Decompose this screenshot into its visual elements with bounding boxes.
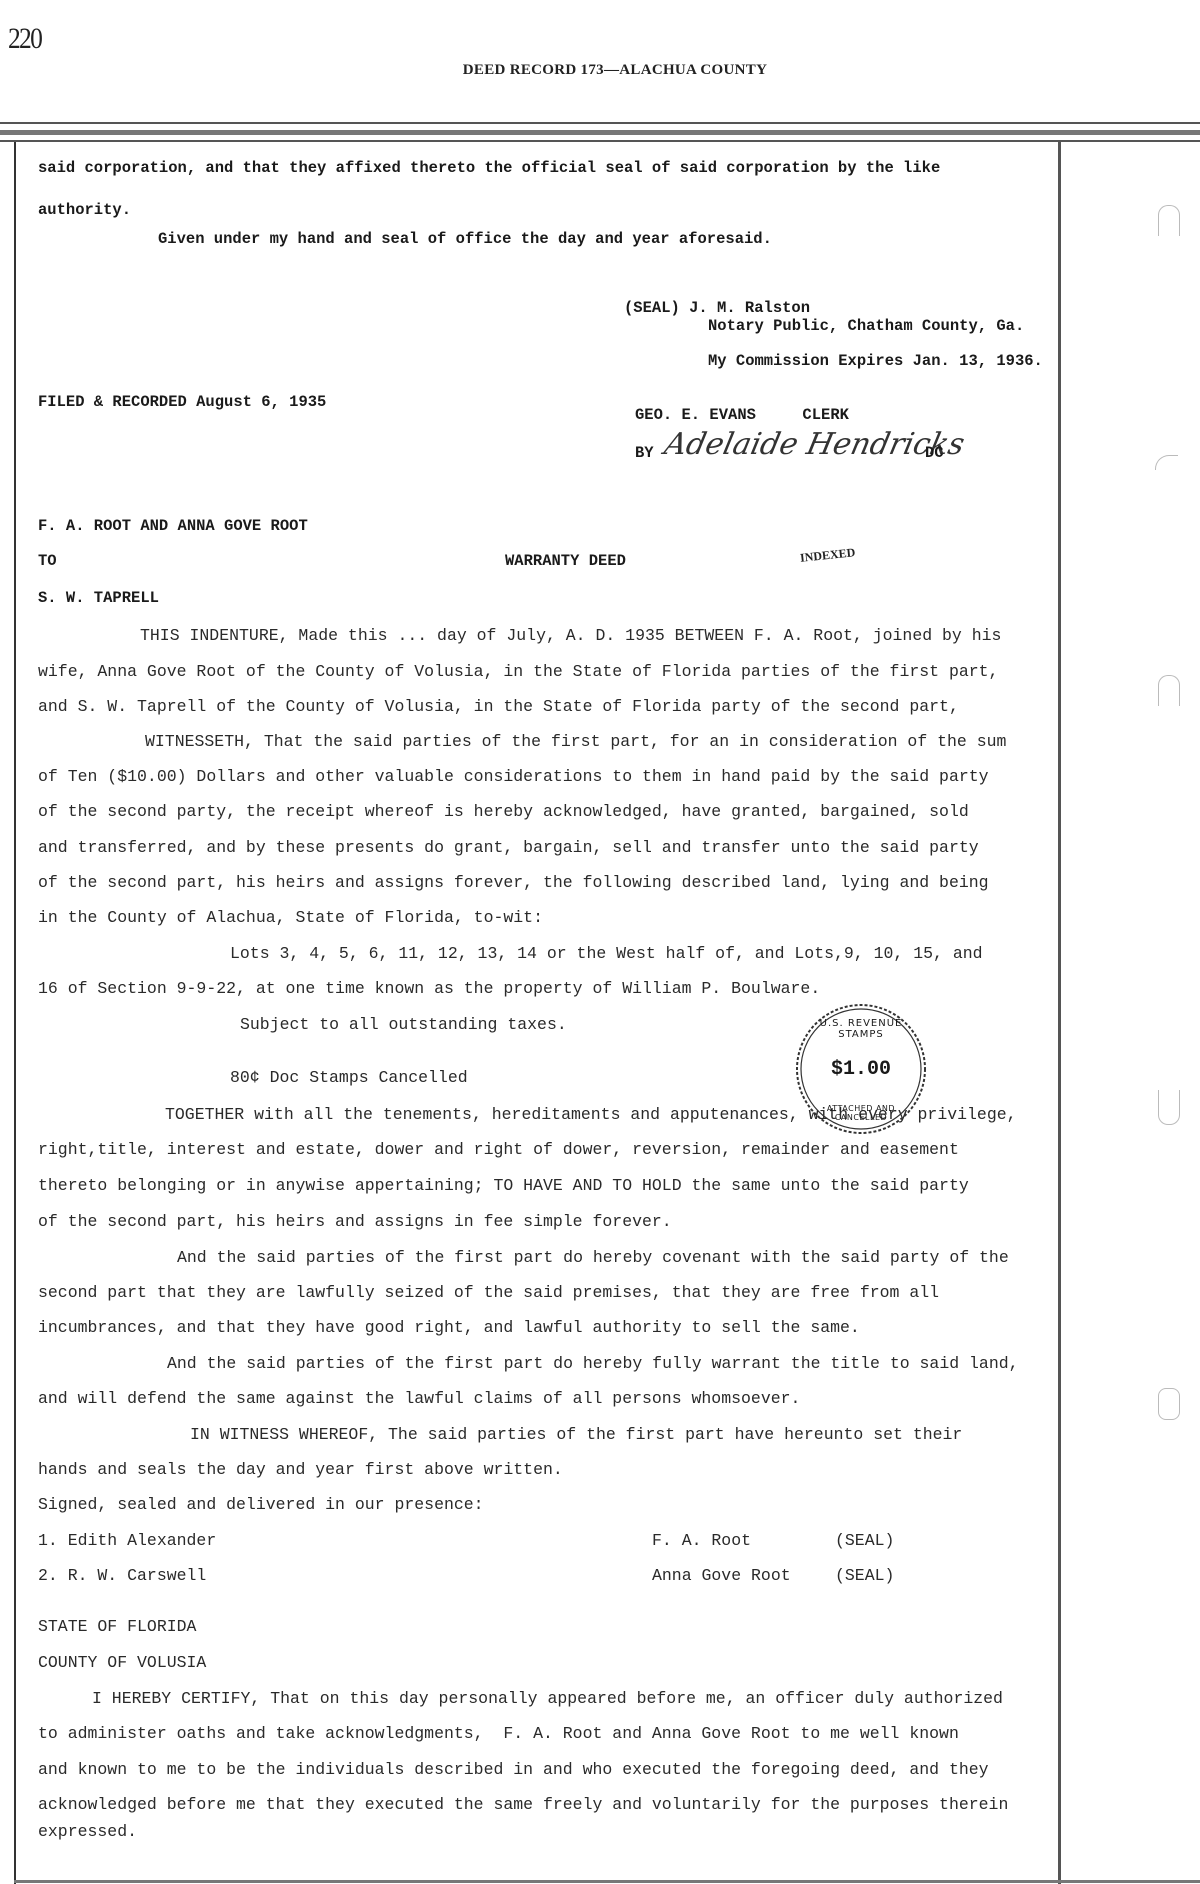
binder-hole-icon — [1158, 205, 1180, 236]
stamp-bottom-text: ATTACHED AND CANCELLED — [806, 1104, 916, 1122]
notary-seal-line: (SEAL) J. M. Ralston — [624, 298, 810, 318]
binder-hole-icon — [1158, 675, 1180, 706]
filed-recorded-date: FILED & RECORDED August 6, 1935 — [38, 392, 326, 412]
grantor-heading: F. A. ROOT AND ANNA GOVE ROOT — [38, 516, 308, 536]
deed-body-line: And the said parties of the first part d… — [167, 1354, 1019, 1374]
stamp-top-text: U.S. REVENUE STAMPS — [806, 1018, 916, 1040]
deed-body-line: of the second part, his heirs and assign… — [38, 1212, 672, 1232]
legal-description: Lots 3, 4, 5, 6, 11, 12, 13, 14 or the W… — [230, 944, 983, 964]
ack-line: to administer oaths and take acknowledgm… — [38, 1724, 959, 1744]
deed-body-line: WITNESSETH, That the said parties of the… — [145, 732, 1006, 752]
deed-body-line: IN WITNESS WHEREOF, The said parties of … — [190, 1425, 962, 1445]
revenue-stamp: U.S. REVENUE STAMPS $1.00 ATTACHED AND C… — [792, 1000, 930, 1138]
subject-to-taxes: Subject to all outstanding taxes. — [240, 1015, 567, 1035]
bottom-rule — [14, 1880, 1200, 1883]
dc-label: DC — [925, 443, 944, 463]
right-margin-line — [1058, 142, 1061, 1884]
record-book-title: DEED RECORD 173—ALACHUA COUNTY — [0, 62, 1200, 79]
doc-stamps-note: 80¢ Doc Stamps Cancelled — [230, 1068, 468, 1088]
previous-record-text: authority. — [38, 200, 131, 220]
by-label: BY — [635, 443, 654, 463]
header-rule — [0, 140, 1200, 142]
header-rule — [0, 122, 1200, 124]
deed-body-line: and S. W. Taprell of the County of Volus… — [38, 697, 959, 717]
ack-state: STATE OF FLORIDA — [38, 1617, 196, 1637]
witness-1: 1. Edith Alexander — [38, 1531, 216, 1551]
signer-1-name: F. A. Root — [652, 1531, 751, 1551]
previous-record-text: said corporation, and that they affixed … — [38, 158, 940, 178]
deed-body-line: thereto belonging or in anywise appertai… — [38, 1176, 969, 1196]
deed-body-line: right,title, interest and estate, dower … — [38, 1140, 959, 1160]
deed-body-line: and transferred, and by these presents d… — [38, 838, 979, 858]
deed-body-line: and will defend the same against the law… — [38, 1389, 800, 1409]
deed-body-line: in the County of Alachua, State of Flori… — [38, 908, 543, 928]
deed-type: WARRANTY DEED — [505, 551, 626, 571]
indexed-stamp: INDEXED — [799, 545, 856, 566]
binder-hole-icon — [1158, 1090, 1180, 1125]
witness-2: 2. R. W. Carswell — [38, 1566, 206, 1586]
deed-body-line: incumbrances, and that they have good ri… — [38, 1318, 860, 1338]
deed-body-line: And the said parties of the first part d… — [177, 1248, 1009, 1268]
deed-body-line: of the second party, the receipt whereof… — [38, 802, 969, 822]
page-number: 220 — [8, 22, 41, 56]
previous-record-text: Given under my hand and seal of office t… — [158, 229, 772, 249]
deed-body-line: of the second part, his heirs and assign… — [38, 873, 989, 893]
legal-description: 16 of Section 9-9-22, at one time known … — [38, 979, 820, 999]
ack-line: I HEREBY CERTIFY, That on this day perso… — [92, 1689, 1003, 1709]
deed-body-line: of Ten ($10.00) Dollars and other valuab… — [38, 767, 989, 787]
left-margin-line — [14, 142, 16, 1884]
signer-2-seal: (SEAL) — [835, 1566, 894, 1586]
ack-line: and known to me to be the individuals de… — [38, 1760, 989, 1780]
clerk-signature: Adelaide Hendricks — [661, 427, 967, 462]
ack-county: COUNTY OF VOLUSIA — [38, 1653, 206, 1673]
grantee-heading: S. W. TAPRELL — [38, 588, 159, 608]
clerk-name: GEO. E. EVANS CLERK — [635, 405, 849, 425]
binder-hole-icon — [1155, 455, 1178, 470]
notary-title: Notary Public, Chatham County, Ga. — [708, 316, 1024, 336]
signer-1-seal: (SEAL) — [835, 1531, 894, 1551]
deed-body-line: hands and seals the day and year first a… — [38, 1460, 563, 1480]
binder-hole-icon — [1158, 1388, 1180, 1420]
ack-line: acknowledged before me that they execute… — [38, 1795, 1008, 1815]
deed-body-line: Signed, sealed and delivered in our pres… — [38, 1495, 484, 1515]
deed-body-line: THIS INDENTURE, Made this ... day of Jul… — [140, 626, 1001, 646]
header-rule-thick — [0, 130, 1200, 135]
stamp-amount: $1.00 — [792, 1058, 930, 1081]
to-label: TO — [38, 551, 57, 571]
deed-body-line: second part that they are lawfully seize… — [38, 1283, 939, 1303]
signer-2-name: Anna Gove Root — [652, 1566, 791, 1586]
commission-expiry: My Commission Expires Jan. 13, 1936. — [708, 351, 1043, 371]
deed-body-line: wife, Anna Gove Root of the County of Vo… — [38, 662, 998, 682]
ack-line: expressed. — [38, 1822, 137, 1842]
